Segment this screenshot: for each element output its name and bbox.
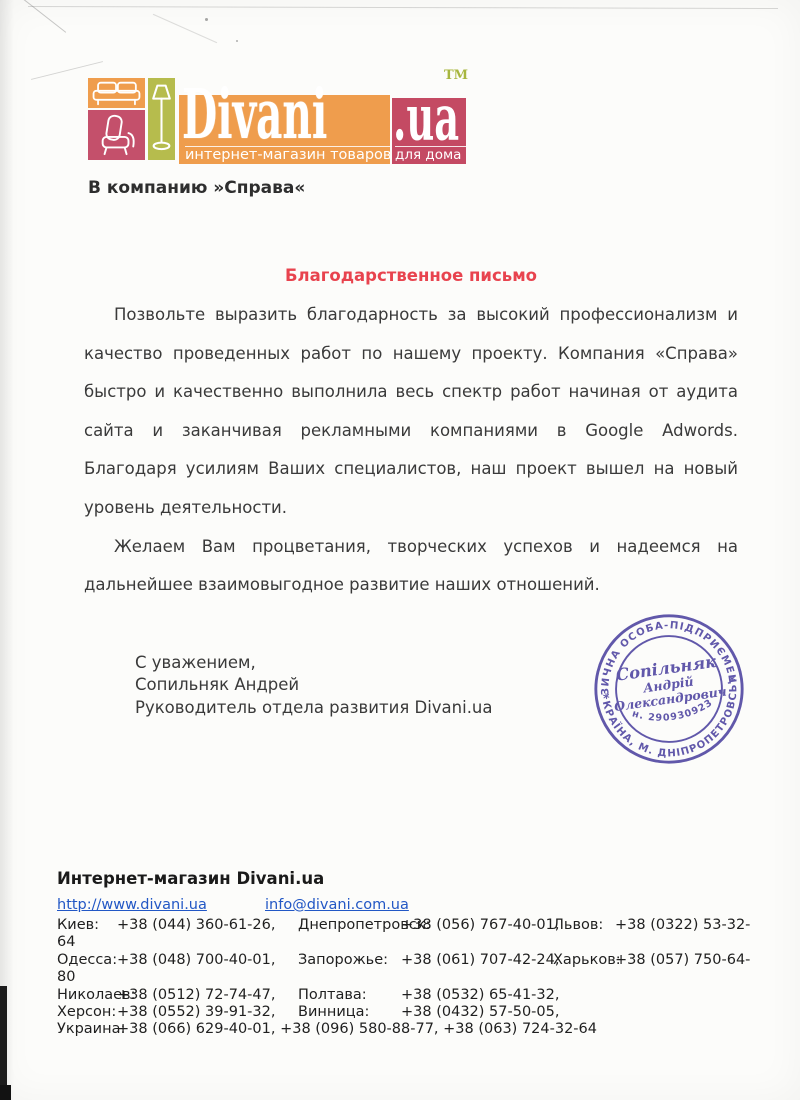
floor-lamp-icon [149, 80, 174, 158]
footer-contacts: Интернет-магазин Divani.ua http://www.di… [57, 869, 757, 1039]
phone-value: +38 (056) 767-40-01, [401, 917, 553, 934]
phone-value: +38 (0322) 53-32- [615, 917, 757, 934]
scan-speck [205, 18, 208, 21]
city-label: Николаев: [57, 987, 117, 1004]
phone-value: +38 (048) 700-40-01, [117, 952, 298, 969]
tld-tagline: для дома [395, 146, 466, 163]
phone-value: +38 (066) 629-40-01, +38 (096) 580-88-77… [117, 1021, 597, 1038]
scan-speck [236, 40, 238, 42]
scanned-letter-page: Divani интернет-магазин товаров .ua для … [0, 0, 800, 1100]
contact-row: Украина:+38 (066) 629-40-01, +38 (096) 5… [57, 1021, 757, 1038]
brand-tagline: интернет-магазин товаров [185, 146, 390, 163]
contacts-table: Киев:+38 (044) 360-61-26,Днепропетровск:… [57, 917, 757, 1039]
city-label: Киев: [57, 917, 117, 934]
city-label: Запорожье: [298, 952, 401, 969]
email-link[interactable]: info@divani.com.ua [265, 897, 409, 913]
city-label: Львов: [553, 917, 615, 934]
signature-name: Сопильняк Андрей [135, 674, 493, 696]
city-label: Херсон: [57, 1004, 117, 1021]
contact-row: Херсон:+38 (0552) 39-91-32,Винница:+38 (… [57, 1004, 757, 1021]
letter-title: Благодарственное письмо [84, 266, 738, 285]
brand-block: Divani интернет-магазин товаров [179, 95, 390, 164]
divani-logo: Divani интернет-магазин товаров .ua для … [88, 68, 478, 164]
scan-black-strip [0, 986, 7, 1100]
city-label: Полтава: [298, 987, 401, 1004]
contact-row: Одесса:+38 (048) 700-40-01,Запорожье:+38… [57, 952, 757, 969]
round-stamp: ФІЗИЧНА ОСОБА-ПІДПРИЄМЕЦЬ УКРАЇНА, М. ДН… [582, 602, 756, 776]
floor-lamp-tile [148, 78, 175, 160]
contact-row: Николаев:+38 (0512) 72-74-47,Полтава:+38… [57, 987, 757, 1004]
phone-value: +38 (0432) 57-50-05, [401, 1004, 553, 1021]
city-label: Винница: [298, 1004, 401, 1021]
sofa-icon [90, 80, 143, 107]
city-label: Одесса: [57, 952, 117, 969]
armchair-tile [88, 110, 145, 160]
trademark-symbol: TM [444, 68, 468, 83]
phone-value: +38 (057) 750-64- [615, 952, 757, 969]
tld-block: .ua для дома [392, 98, 466, 164]
recipient-line: В компанию »Справа« [88, 178, 305, 198]
city-label: Украина: [57, 1021, 117, 1038]
phone-value: +38 (061) 707-42-24, [401, 952, 553, 969]
phone-value: +38 (0512) 72-74-47, [117, 987, 298, 1004]
signature-block: С уважением, Сопильняк Андрей Руководите… [135, 652, 493, 719]
contact-row-wrap: 80 [57, 969, 757, 986]
phone-value: +38 (0552) 39-91-32, [117, 1004, 298, 1021]
website-link[interactable]: http://www.divani.ua [57, 897, 265, 913]
scan-edge-shade [0, 0, 14, 1100]
phone-value: +38 (044) 360-61-26, [117, 917, 298, 934]
footer-heading: Интернет-магазин Divani.ua [57, 869, 757, 888]
contact-row: Киев:+38 (044) 360-61-26,Днепропетровск:… [57, 917, 757, 934]
contact-row-wrap: 64 [57, 934, 757, 951]
letter-paragraph: Желаем Вам процветания, творческих успех… [84, 528, 738, 605]
signature-position: Руководитель отдела развития Divani.ua [135, 697, 493, 719]
footer-links: http://www.divani.uainfo@divani.com.ua [57, 897, 757, 913]
phone-wrap: 80 [57, 969, 75, 986]
scan-top-line [28, 6, 778, 9]
letter-body: Благодарственное письмо Позвольте вырази… [84, 266, 738, 605]
signature-closing: С уважением, [135, 652, 493, 674]
scan-corner-mark [0, 1085, 11, 1100]
phone-value: +38 (0532) 65-41-32, [401, 987, 553, 1004]
brand-wordmark: Divani [182, 81, 327, 150]
phone-wrap: 64 [57, 934, 75, 951]
tld-wordmark: .ua [393, 88, 459, 150]
armchair-icon [93, 113, 141, 157]
city-label: Харьков: [553, 952, 615, 969]
sofa-tile [88, 78, 145, 108]
scan-scratch [20, 0, 66, 33]
letter-paragraph: Позвольте выразить благодарность за высо… [84, 296, 738, 528]
city-label: Днепропетровск: [298, 917, 401, 934]
stamp-graphic: ФІЗИЧНА ОСОБА-ПІДПРИЄМЕЦЬ УКРАЇНА, М. ДН… [582, 602, 756, 776]
